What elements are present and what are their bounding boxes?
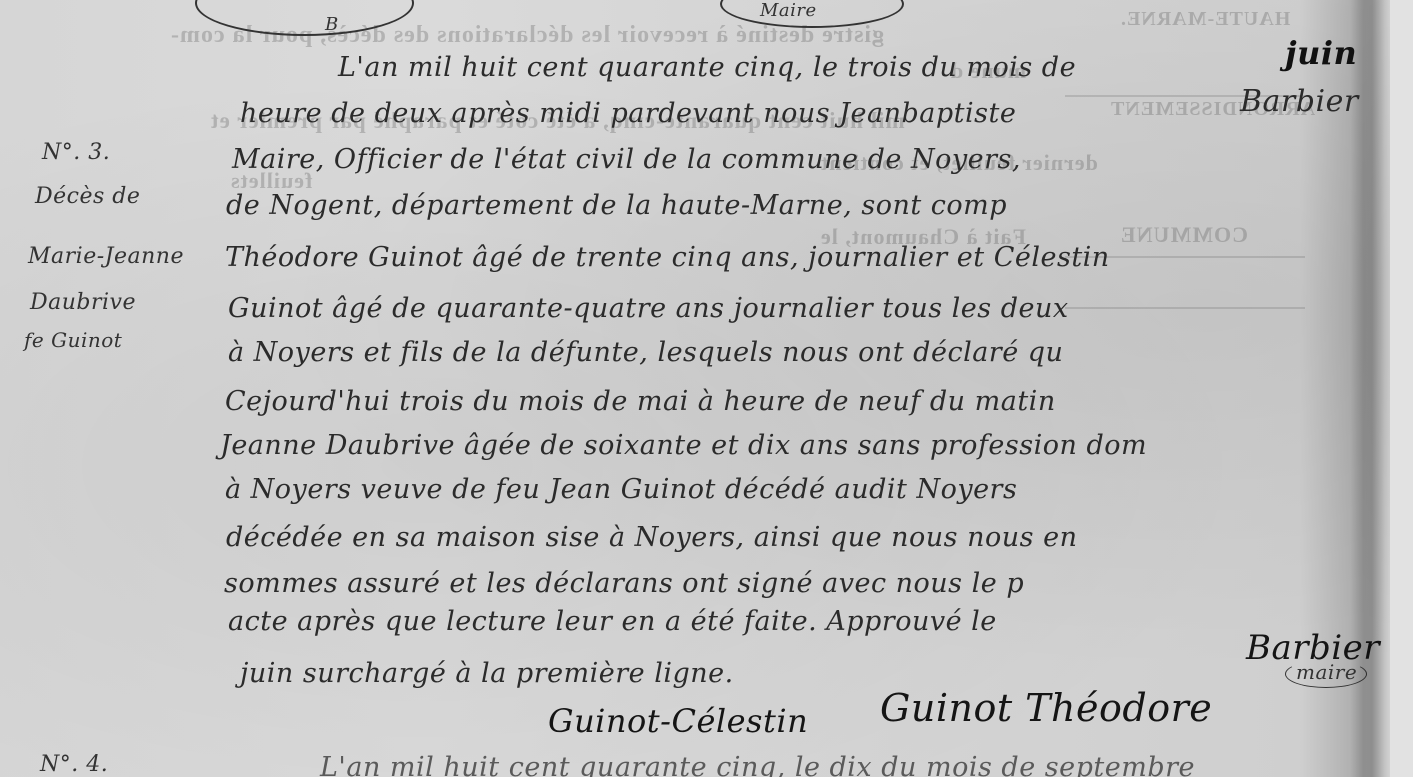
previous-act-mark: B bbox=[325, 14, 339, 35]
next-act-number: N°. 4. bbox=[40, 752, 108, 777]
body-line-14: juin surchargé à la première ligne. bbox=[240, 658, 734, 689]
next-act-line: L'an mil huit cent quarante cinq, le dix… bbox=[320, 752, 1195, 777]
bleed-rule-3 bbox=[1065, 307, 1305, 309]
act-type: Décès de bbox=[35, 184, 140, 209]
body-line-11: décédée en sa maison sise à Noyers, ains… bbox=[226, 522, 1077, 553]
body-line-4: de Nogent, département de la haute-Marne… bbox=[226, 190, 1007, 221]
deceased-name-2: Daubrive bbox=[30, 290, 136, 315]
act-number: N°. 3. bbox=[42, 140, 110, 165]
body-line-12: sommes assuré et les déclarans ont signé… bbox=[224, 568, 1024, 599]
body-line-2: heure de deux après midi pardevant nous … bbox=[240, 98, 1016, 129]
bleed-haute-marne: HAUTE-MARNE. bbox=[1120, 8, 1290, 31]
body-line-7: à Noyers et fils de la défunte, lesquels… bbox=[228, 337, 1063, 368]
body-line-9: Jeanne Daubrive âgée de soixante et dix … bbox=[220, 430, 1147, 461]
body-line-1: L'an mil huit cent quarante cinq, le tro… bbox=[338, 52, 1076, 83]
body-line-10: à Noyers veuve de feu Jean Guinot décédé… bbox=[225, 474, 1017, 505]
body-line-6: Guinot âgé de quarante-quatre ans journa… bbox=[228, 293, 1069, 324]
facing-page-edge bbox=[1390, 0, 1413, 777]
body-line-3: Maire, Officier de l'état civil de la co… bbox=[232, 144, 1021, 175]
bleed-commune: COMMUNE bbox=[1120, 222, 1248, 248]
body-line-13: acte après que lecture leur en a été fai… bbox=[228, 606, 997, 637]
body-line-5: Théodore Guinot âgé de trente cinq ans, … bbox=[225, 242, 1110, 273]
mayor-surname-inline: Barbier bbox=[1240, 84, 1359, 119]
declarant-signature-theodore: Guinot Théodore bbox=[880, 686, 1212, 730]
spouse-note: fe Guinot bbox=[24, 328, 122, 352]
body-line-8: Cejourd'hui trois du mois de mai à heure… bbox=[225, 386, 1056, 417]
month-overwrite: juin bbox=[1285, 34, 1357, 72]
register-page: HAUTE-MARNE. gistre destiné à recevoir l… bbox=[0, 0, 1413, 777]
declarant-signature-celestin: Guinot-Célestin bbox=[548, 702, 808, 740]
deceased-name-1: Marie-Jeanne bbox=[28, 244, 184, 269]
book-gutter-shadow bbox=[1350, 0, 1390, 777]
